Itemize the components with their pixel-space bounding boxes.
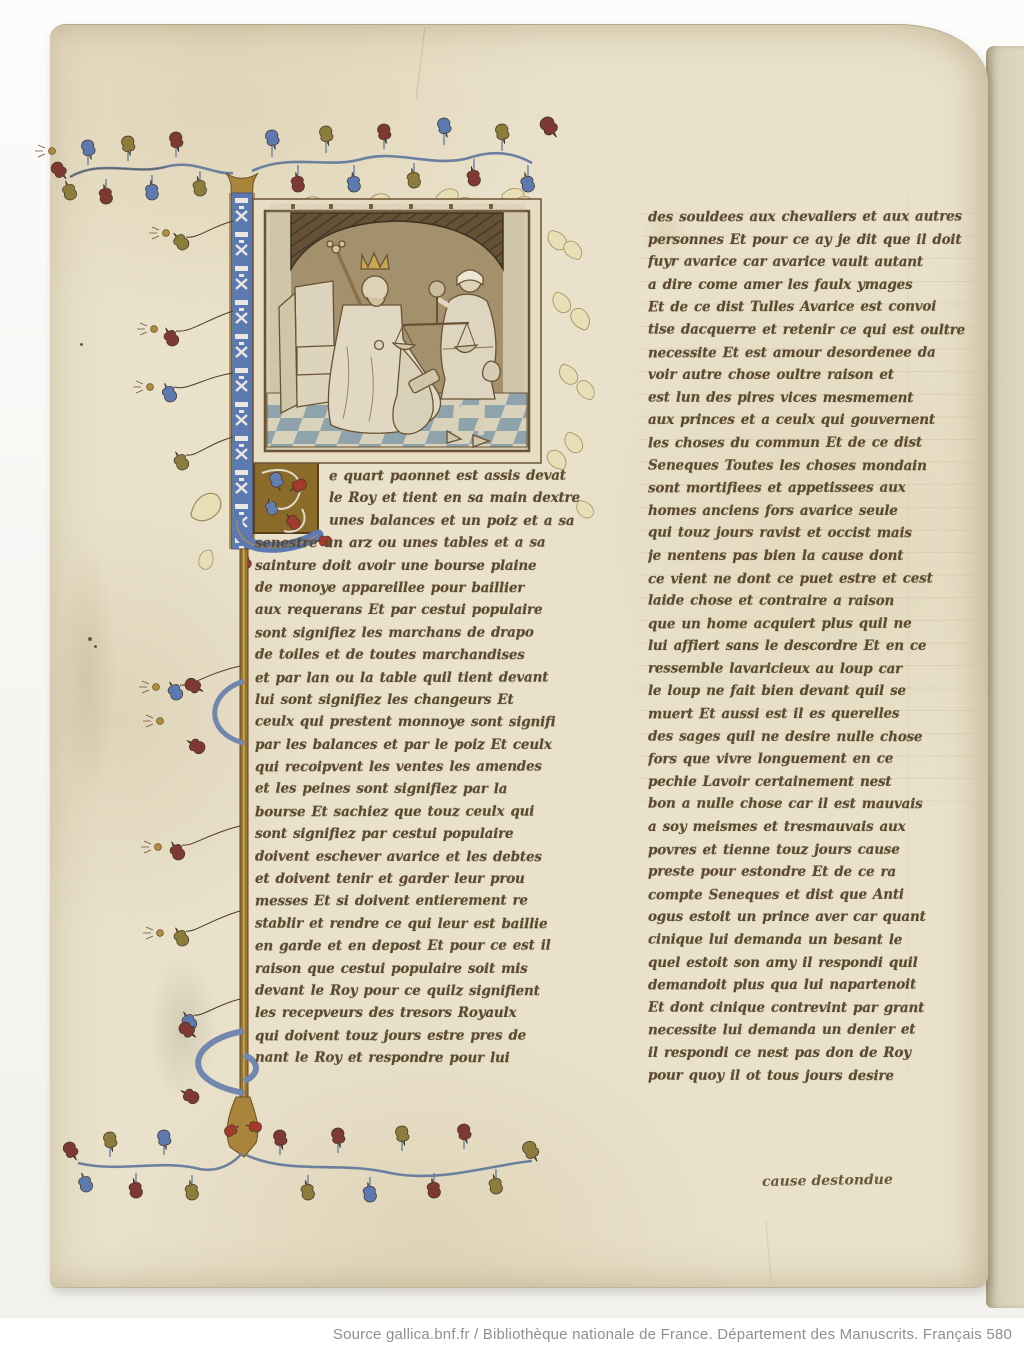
- manuscript-text-line: le Roy et tient en sa main dextre: [329, 487, 629, 509]
- miniature-king-and-merchant: [251, 197, 543, 465]
- manuscript-text-line: sont signifiez les marchans de drapo: [255, 621, 555, 644]
- manuscript-text-line: en garde et en depost Et pour ce est il: [255, 935, 555, 958]
- manuscript-text-line: sont signifiez par cestui populaire: [255, 823, 555, 845]
- bottom-vine: [61, 1097, 543, 1203]
- manuscript-text-line: sainture doit avoir une bourse plaine: [255, 555, 555, 577]
- lines-full-width: des souldees aux chevaliers et aux autre…: [648, 206, 980, 1087]
- manuscript-text-line: necessite lui demanda un denier et: [648, 1019, 978, 1042]
- manuscript-text-line: aux requerans Et par cestui populaire: [255, 599, 555, 621]
- top-vine: [35, 114, 562, 205]
- manuscript-text-line: les choses du commun Et de ce dist: [648, 432, 978, 455]
- manuscript-text-line: Et de ce dist Tulles Avarice est convoi: [648, 296, 978, 319]
- manuscript-text-line: personnes Et pour ce ay je dit que il do…: [648, 229, 978, 252]
- manuscript-text-line: ogus estoit un prince aver car quant: [648, 906, 978, 929]
- manuscript-text-line: senestre un arz ou unes tables et a sa: [255, 532, 555, 555]
- purse: [483, 361, 500, 381]
- manuscript-text-line: doivent eschever avarice et les debtes: [255, 845, 555, 868]
- manuscript-text-line: voir autre chose oultre raison et: [648, 364, 978, 387]
- manuscript-text-line: ce vient ne dont ce puet estre et cest: [648, 567, 978, 590]
- manuscript-text-line: a soy meismes et tresmauvais aux: [648, 816, 978, 839]
- lines-beside-initial: e quart paonnet est assis devatle Roy et…: [329, 465, 557, 532]
- manuscript-text-line: et par lan ou la table quil tient devant: [255, 666, 555, 689]
- manuscript-text-line: devant le Roy pour ce quilz signifient: [255, 980, 555, 1003]
- digitized-manuscript-photo: L e quart paonnet est assis devatle Roy …: [0, 0, 1024, 1318]
- source-caption-text: Source gallica.bnf.fr / Bibliothèque nat…: [333, 1326, 1012, 1343]
- manuscript-text-line: nant le Roy et respondre pour lui: [255, 1047, 555, 1070]
- manuscript-text-line: que un home acquiert plus quil ne: [648, 612, 978, 635]
- manuscript-text-line: demandoit plus qua lui napartenoit: [648, 974, 978, 997]
- catchword: cause destondue: [762, 1172, 893, 1190]
- manuscript-text-line: il respondi ce nest pas don de Roy: [648, 1042, 978, 1065]
- manuscript-text-line: est lun des pires vices mesmement: [648, 386, 978, 409]
- manuscript-text-line: ceulx qui prestent monnoye sont signifie…: [255, 711, 555, 734]
- manuscript-text-line: les recepveurs des tresors Royaulx: [255, 1002, 555, 1024]
- manuscript-text-line: lui sont signifiez les changeurs Et: [255, 689, 555, 711]
- manuscript-text-line: qui doivent touz jours estre pres de: [255, 1024, 555, 1047]
- manuscript-text-line: a dire come amer les faulx ymages: [648, 274, 978, 297]
- manuscript-text-line: quel estoit son amy il respondi quil: [648, 952, 978, 975]
- manuscript-text-line: qui touz jours ravist et occist mais: [648, 522, 978, 545]
- manuscript-text-line: cinique lui demanda un besant le: [648, 929, 978, 952]
- manuscript-text-line: et les peines sont signifiez par la: [255, 778, 555, 801]
- manuscript-text-line: pechie Lavoir certainement nest: [648, 771, 978, 794]
- manuscript-text-line: e quart paonnet est assis devat: [329, 465, 629, 488]
- manuscript-text-line: Et dont cinique contrevint par grant: [648, 996, 978, 1019]
- manuscript-text-line: je nentens pas bien la cause dont: [648, 545, 978, 568]
- manuscript-text-line: qui recoipvent les ventes les amendes: [255, 756, 555, 779]
- manuscript-text-line: de toiles et de toutes marchandises: [255, 644, 555, 667]
- manuscript-text-line: bon a nulle chose car il est mauvais: [648, 793, 978, 816]
- manuscript-text-line: laide chose et contraire a raison: [648, 590, 978, 613]
- manuscript-text-line: des souldees aux chevaliers et aux autre…: [648, 206, 978, 229]
- manuscript-text-line: pour quoy il ot tous jours desire: [648, 1064, 978, 1087]
- parchment-crease: [765, 1221, 771, 1283]
- manuscript-text-line: fuyr avarice car avarice vault autant: [648, 251, 978, 274]
- manuscript-text-line: sont mortifiees et appetissees aux: [648, 477, 978, 500]
- manuscript-text-line: bourse Et sachiez que touz ceulx qui: [255, 800, 555, 823]
- manuscript-text-line: de monoye appareillee pour baillier: [255, 577, 555, 600]
- manuscript-text-line: stablir et rendre ce qui leur est bailli…: [255, 912, 555, 935]
- manuscript-text-line: des sages quil ne desire nulle chose: [648, 725, 978, 748]
- manuscript-text-line: muert Et aussi est il es querelles: [648, 703, 978, 726]
- lower-bar: [198, 549, 256, 1097]
- manuscript-text-line: preste pour estondre Et de ce ra: [648, 861, 978, 884]
- manuscript-text-line: homes anciens fors avarice seule: [648, 500, 978, 523]
- manuscript-text-line: lui affiert sans le descordre Et en ce: [648, 635, 978, 658]
- manuscript-text-line: compte Seneques et dist que Anti: [648, 883, 978, 906]
- manuscript-text-line: par les balances et par le poiz Et ceulx: [255, 734, 555, 756]
- manuscript-text-line: povres et tienne touz jours cause: [648, 838, 978, 861]
- gallica-source-caption-bar: Source gallica.bnf.fr / Bibliothèque nat…: [0, 1318, 1024, 1350]
- manuscript-text-line: tise dacquerre et retenir ce qui est oul…: [648, 319, 978, 342]
- manuscript-text-line: le loup ne fait bien devant quil se: [648, 680, 978, 703]
- manuscript-text-line: messes Et si doivent entierement re: [255, 890, 555, 913]
- manuscript-text-line: raison que cestui populaire soit mis: [255, 958, 555, 980]
- manuscript-text-line: aux princes et a ceulx qui gouvernent: [648, 409, 978, 432]
- next-folio-edge: [986, 46, 1024, 1308]
- manuscript-text-line: ressemble lavaricieux au loup car: [648, 658, 978, 681]
- manuscript-text-line: unes balances et un poiz et a sa: [329, 509, 629, 532]
- manuscript-text-line: Seneques Toutes les choses mondain: [648, 454, 978, 477]
- text-column-left: e quart paonnet est assis devatle Roy et…: [255, 465, 557, 1070]
- manuscript-text-line: necessite Et est amour desordenee da: [648, 341, 978, 364]
- initial-letter-value: L: [50, 25, 51, 26]
- manuscript-text-line: fors que vivre longuement en ce: [648, 748, 978, 771]
- lines-full-width: senestre un arz ou unes tables et a sasa…: [255, 532, 557, 1069]
- manuscript-text-line: et doivent tenir et garder leur prou: [255, 868, 555, 890]
- text-column-right: des souldees aux chevaliers et aux autre…: [648, 206, 980, 1087]
- manuscript-page: L e quart paonnet est assis devatle Roy …: [50, 24, 988, 1288]
